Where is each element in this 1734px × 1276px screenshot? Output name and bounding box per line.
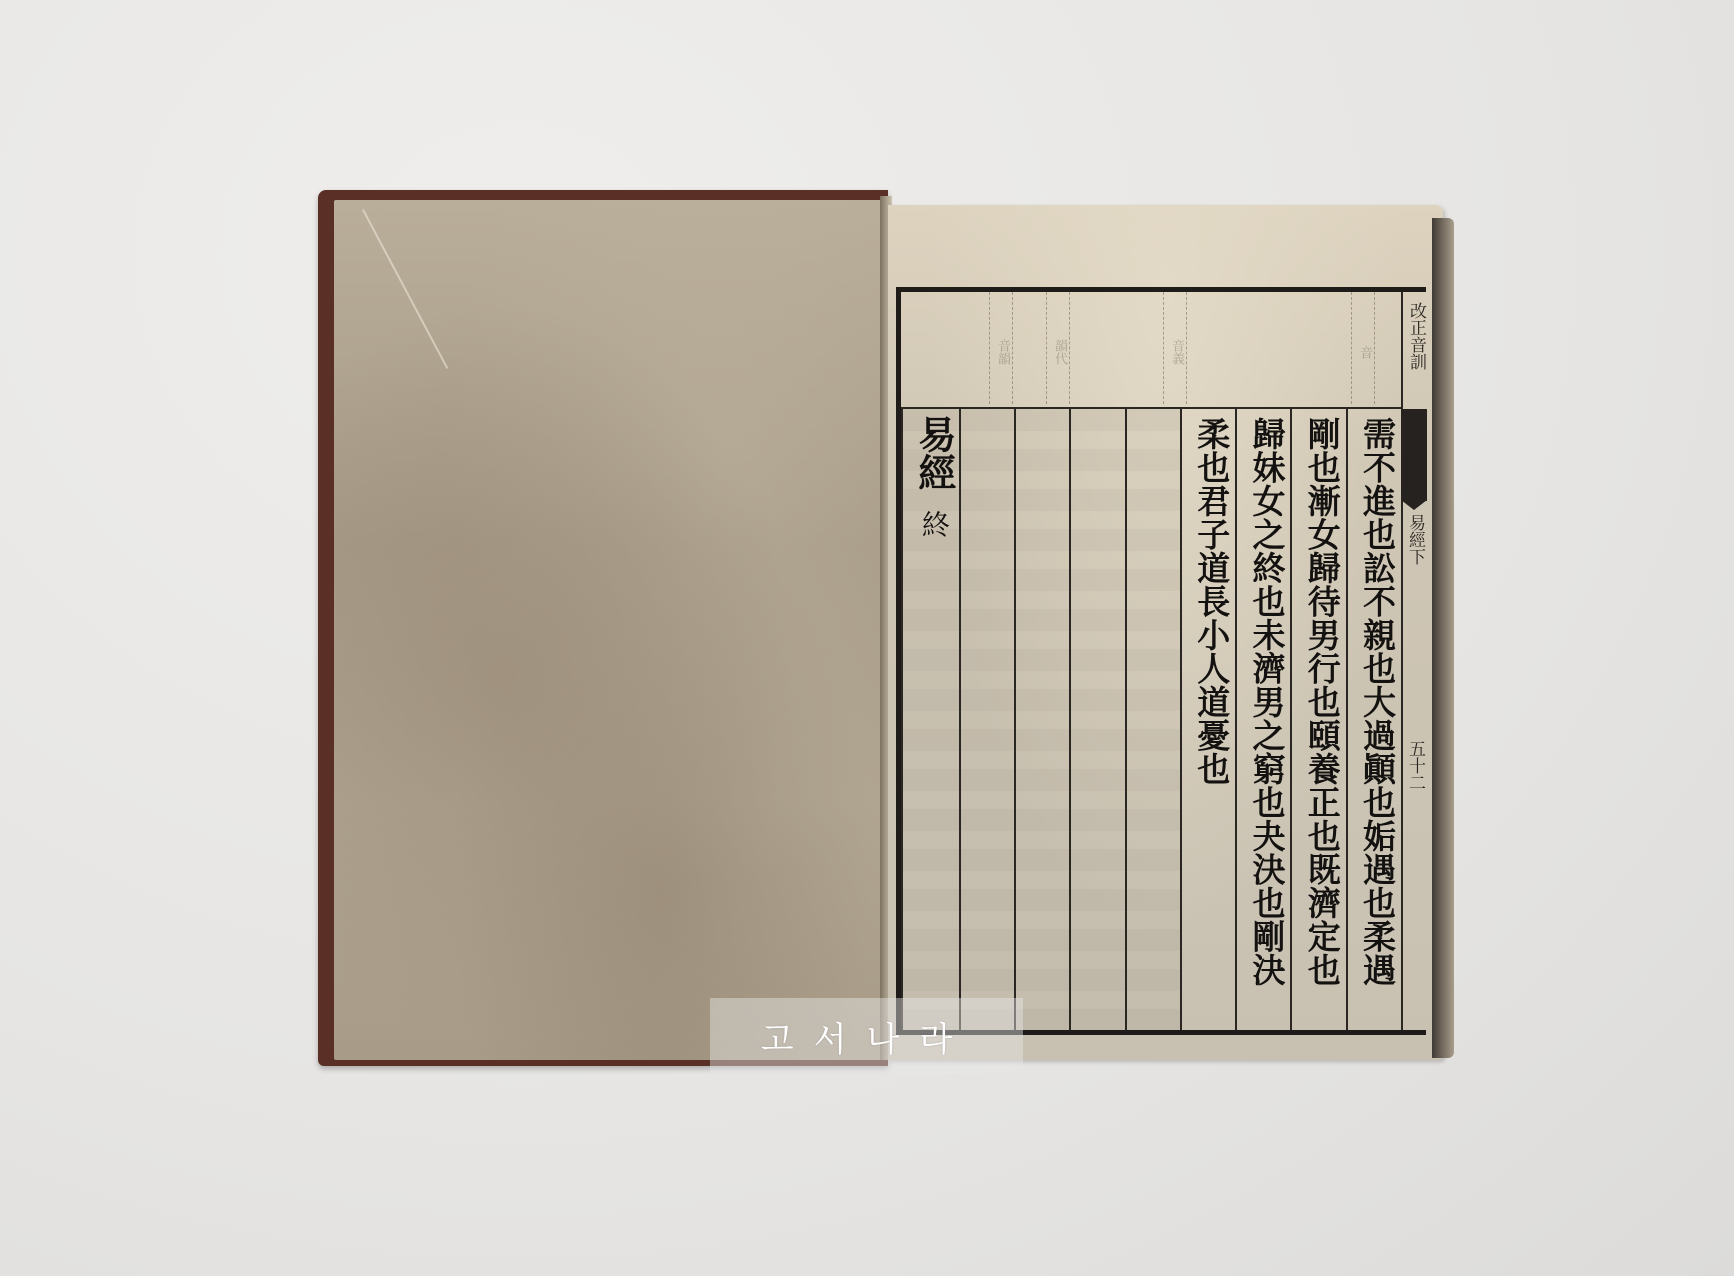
ghost-label: 音義 [1163, 292, 1187, 404]
column-text: 需不進也訟不親也大過顚也姤遇也柔遇 [1353, 409, 1401, 1030]
header-band: 音韻 韻代 音義 音 [901, 292, 1401, 409]
page-fore-edge [1432, 218, 1454, 1058]
ghost-label: 音 [1351, 292, 1375, 404]
blank-column-bleedthrough [1014, 409, 1069, 1030]
blank-column-bleedthrough [1069, 409, 1124, 1030]
book-title-end: 易經 [912, 409, 957, 491]
left-endpaper-page [334, 200, 882, 1060]
text-column-4: 柔也君子道長小人道憂也 [1180, 409, 1235, 1030]
column-text: 柔也君子道長小人道憂也 [1187, 409, 1235, 1030]
text-column-1: 需不進也訟不親也大過顚也姤遇也柔遇 [1346, 409, 1401, 1030]
blank-column-bleedthrough [1125, 409, 1180, 1030]
blank-column-bleedthrough [959, 409, 1014, 1030]
column-text: 歸妹女之終也未濟男之窮也夬決也剛決 [1242, 409, 1290, 1030]
ghost-label: 音韻 [989, 292, 1013, 404]
text-column-3: 歸妹女之終也未濟男之窮也夬決也剛決 [1235, 409, 1290, 1030]
text-columns: 需不進也訟不親也大過顚也姤遇也柔遇 剛也漸女歸待男行也頤養正也既濟定也 歸妹女之… [901, 409, 1401, 1030]
paper-crease [362, 209, 448, 369]
text-column-2: 剛也漸女歸待男行也頤養正也既濟定也 [1290, 409, 1345, 1030]
margin-labels: 易經下 五十二 [1401, 292, 1427, 1030]
margin-chapter: 易經下 [1403, 514, 1428, 565]
ghost-label: 韻代 [1046, 292, 1070, 404]
ending-column: 易經 終 [901, 409, 959, 1030]
column-text: 剛也漸女歸待男行也頤養正也既濟定也 [1298, 409, 1346, 1030]
watermark: 고서나라 [710, 998, 1023, 1074]
margin-page-number: 五十二 [1403, 740, 1428, 791]
end-mark: 終 [918, 510, 951, 538]
